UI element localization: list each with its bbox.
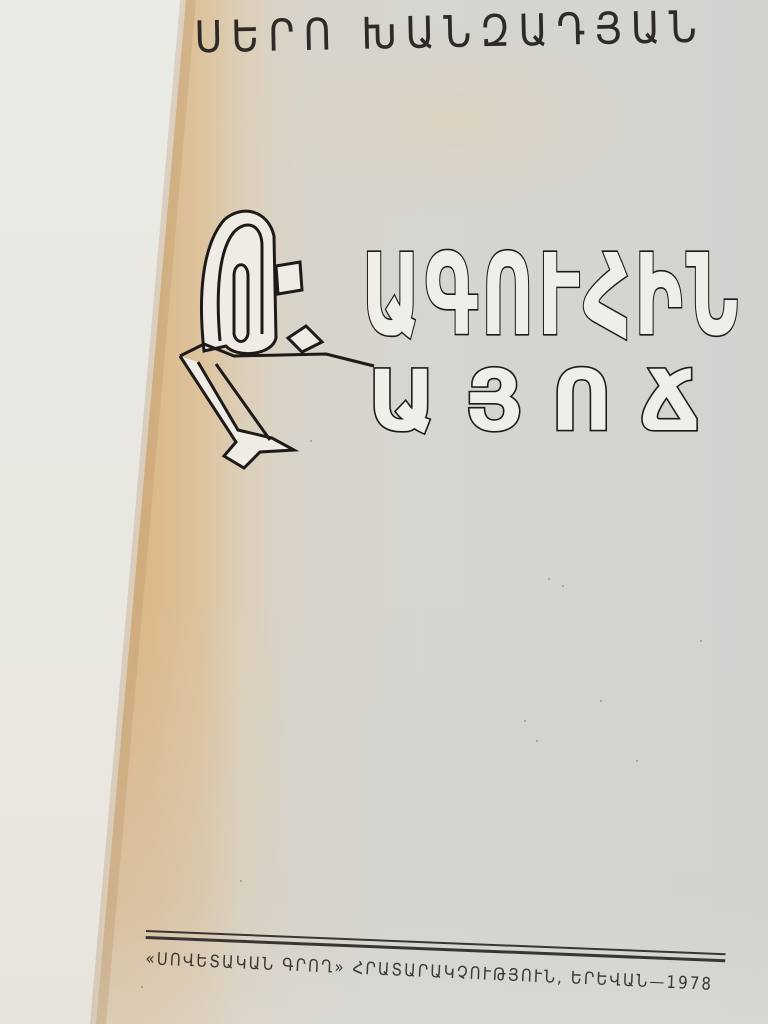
title-lettering: ԱԳՈՒՀԻՆ ԱՅՈՃ — [176, 206, 756, 476]
title-line-1: ԱԳՈՒՀԻՆ — [362, 231, 742, 361]
book-title: ԱԳՈՒՀԻՆ ԱՅՈՃ — [176, 206, 756, 476]
book-spread: ՍԵՐՈ ԽԱՆԶԱԴՅԱՆ ԱԳՈՒՀԻՆ ԱՅՈՃ «ՍՈՎԵՏԱԿԱՆ Գ… — [0, 0, 768, 1024]
decorative-initial — [180, 211, 374, 468]
title-line-2: ԱՅՈՃ — [368, 352, 740, 450]
